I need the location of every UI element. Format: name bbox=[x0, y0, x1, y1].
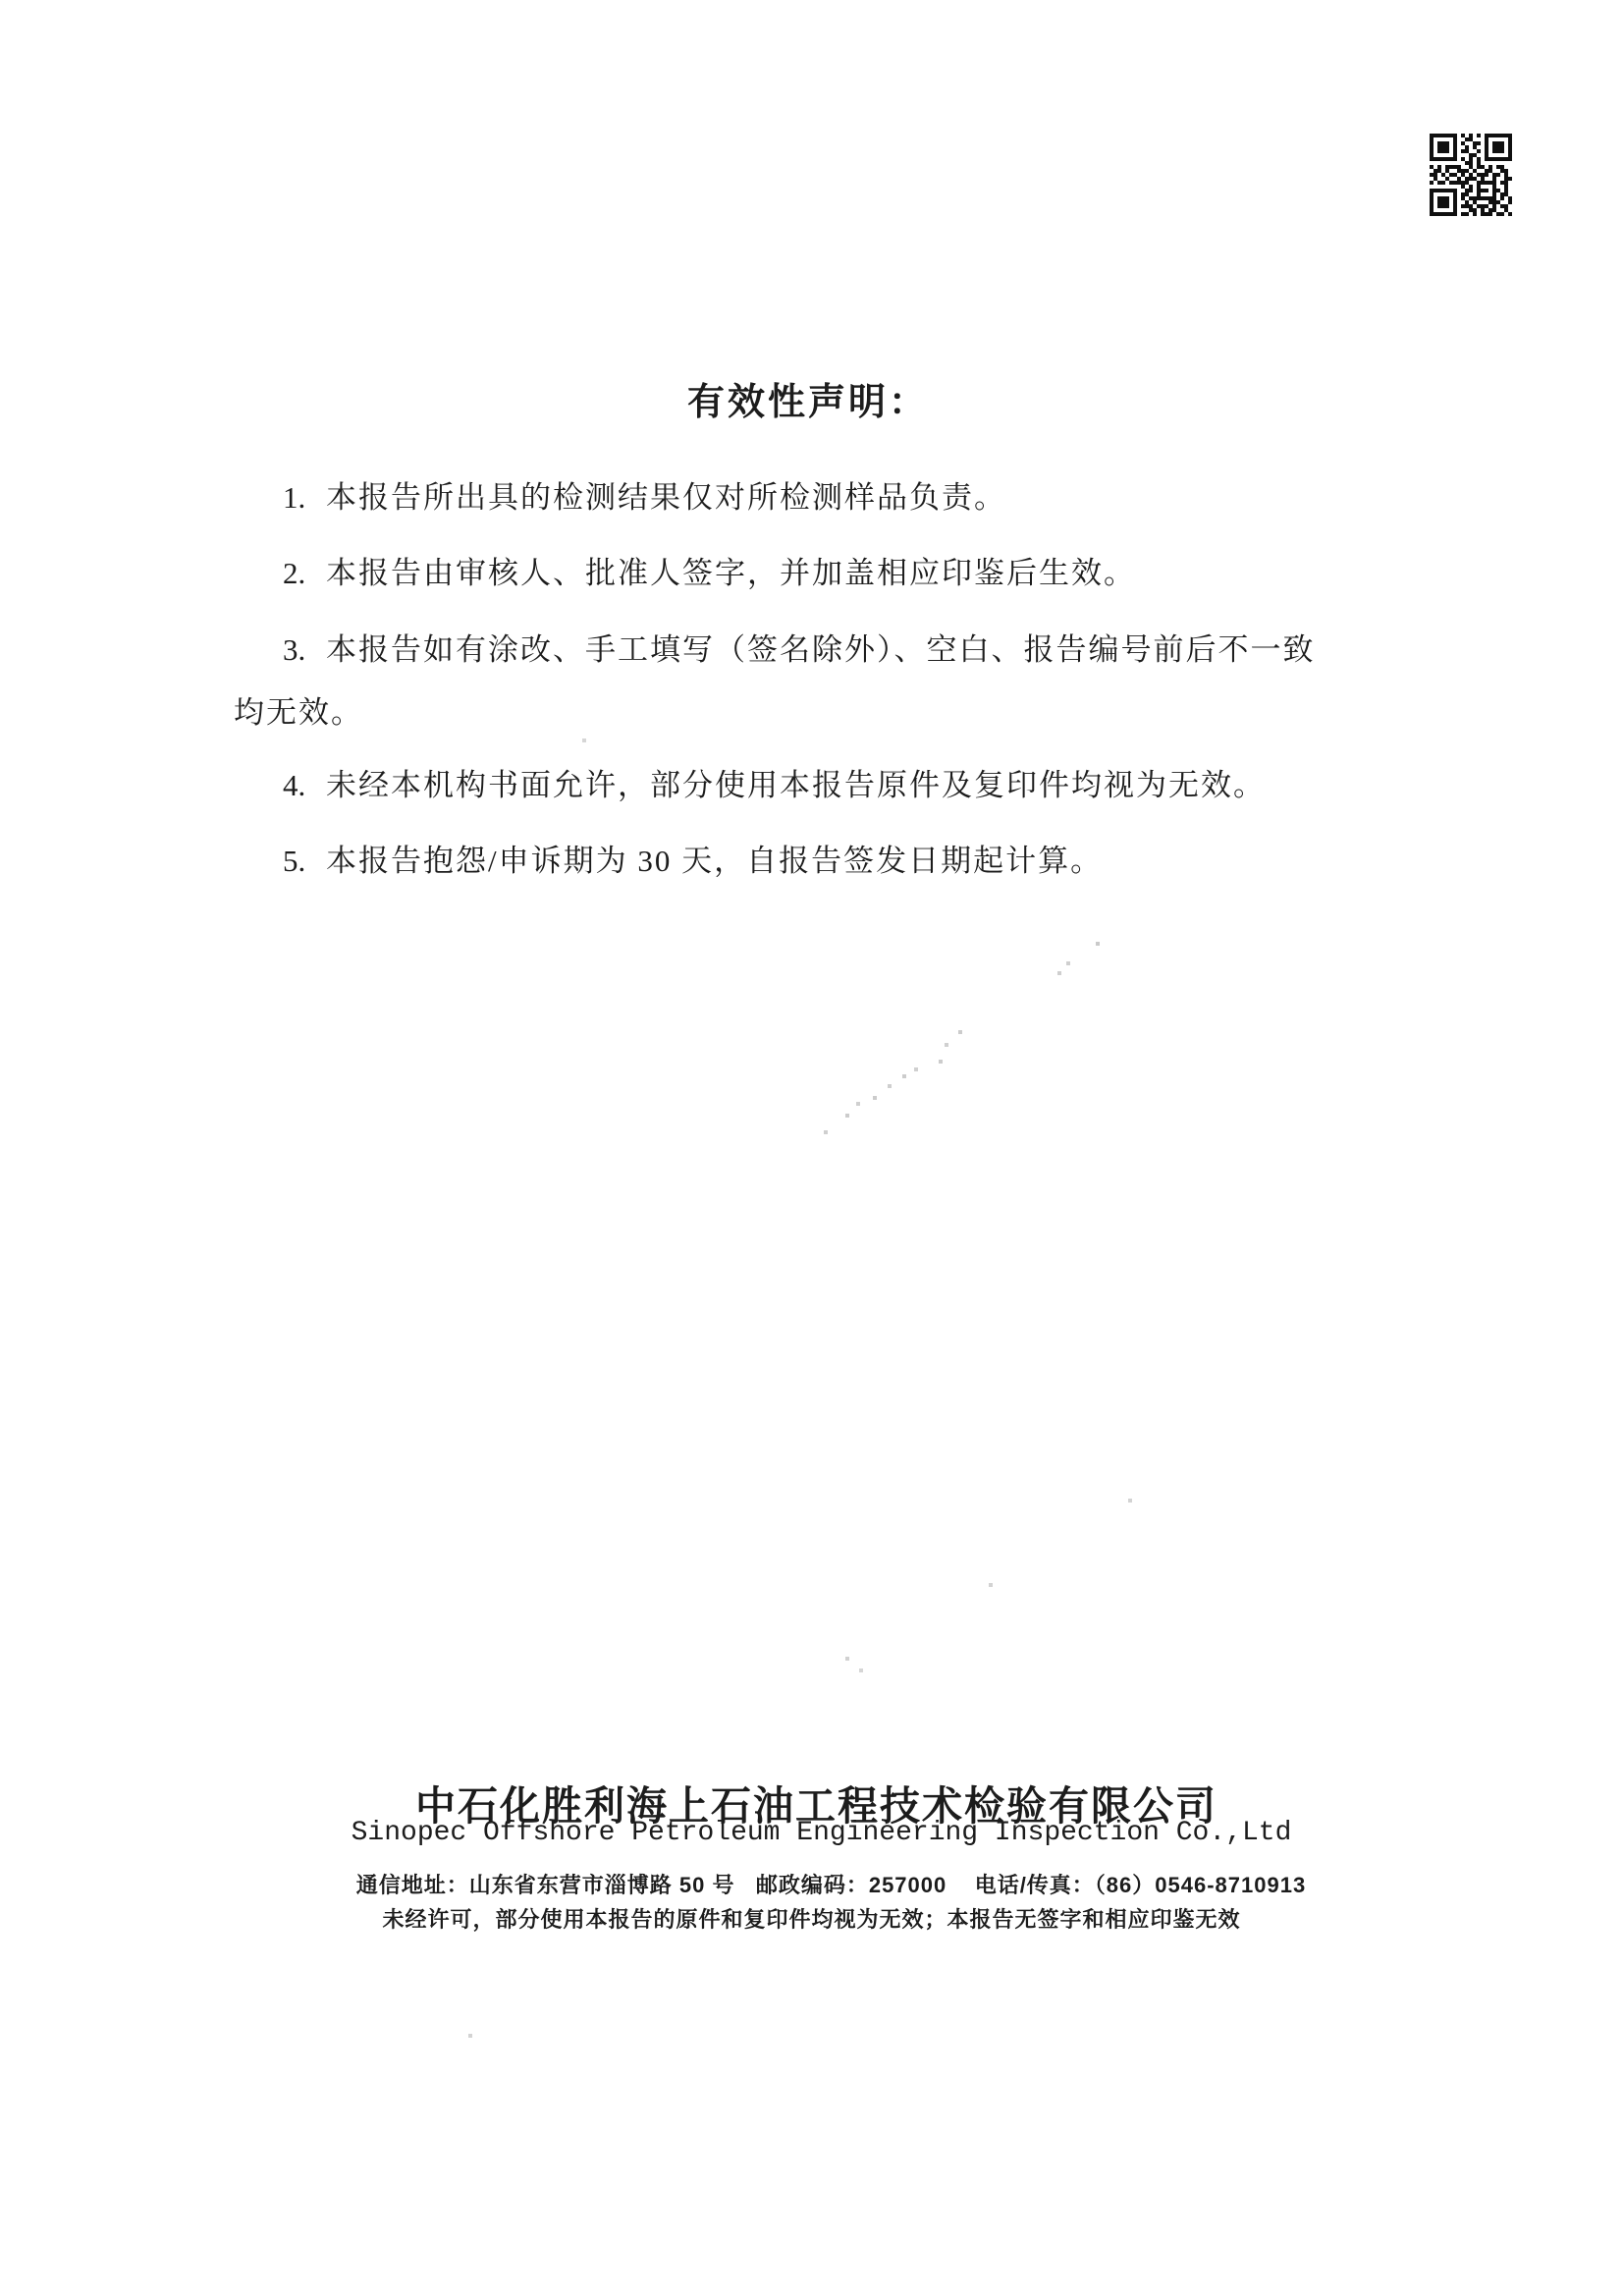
item-number: 2. bbox=[283, 556, 326, 591]
item-text: 本报告所出具的检测结果仅对所检测样品负责。 bbox=[326, 480, 1006, 515]
document-page: 有效性声明： 1.本报告所出具的检测结果仅对所检测样品负责。 2.本报告由审核人… bbox=[0, 0, 1623, 2296]
item-number: 3. bbox=[283, 632, 326, 668]
qr-code bbox=[1430, 129, 1512, 221]
statement-item-5: 5.本报告抱怨/申诉期为 30 天，自报告签发日期起计算。 bbox=[283, 836, 1103, 880]
statement-item-3: 3.本报告如有涂改、手工填写（签名除外）、空白、报告编号前后不一致 bbox=[283, 625, 1316, 669]
item-text: 本报告如有涂改、手工填写（签名除外）、空白、报告编号前后不一致 bbox=[326, 632, 1316, 667]
footer-notice-line: 未经许可，部分使用本报告的原件和复印件均视为无效；本报告无签字和相应印鉴无效 bbox=[0, 1903, 1623, 1934]
statement-item-1: 1.本报告所出具的检测结果仅对所检测样品负责。 bbox=[283, 472, 1006, 517]
statement-item-2: 2.本报告由审核人、批准人签字，并加盖相应印鉴后生效。 bbox=[283, 548, 1136, 592]
item-number: 1. bbox=[283, 480, 326, 516]
statement-item-4: 4.未经本机构书面允许，部分使用本报告原件及复印件均视为无效。 bbox=[283, 760, 1266, 804]
statement-item-3-continuation: 均无效。 bbox=[234, 687, 363, 732]
item-text: 本报告抱怨/申诉期为 30 天，自报告签发日期起计算。 bbox=[326, 844, 1103, 878]
company-name-en: Sinopec Offshore Petroleum Engineering I… bbox=[0, 1818, 1623, 1848]
page-title: 有效性声明： bbox=[687, 371, 929, 425]
scan-specks bbox=[0, 0, 2, 2]
item-number: 4. bbox=[283, 768, 326, 803]
item-number: 5. bbox=[283, 844, 326, 879]
item-text: 未经本机构书面允许，部分使用本报告原件及复印件均视为无效。 bbox=[326, 768, 1266, 802]
company-address-line: 通信地址：山东省东营市淄博路 50 号 邮政编码：257000 电话/传真：（8… bbox=[0, 1869, 1623, 1899]
item-text: 本报告由审核人、批准人签字，并加盖相应印鉴后生效。 bbox=[326, 556, 1136, 590]
item-text: 均无效。 bbox=[234, 695, 363, 730]
